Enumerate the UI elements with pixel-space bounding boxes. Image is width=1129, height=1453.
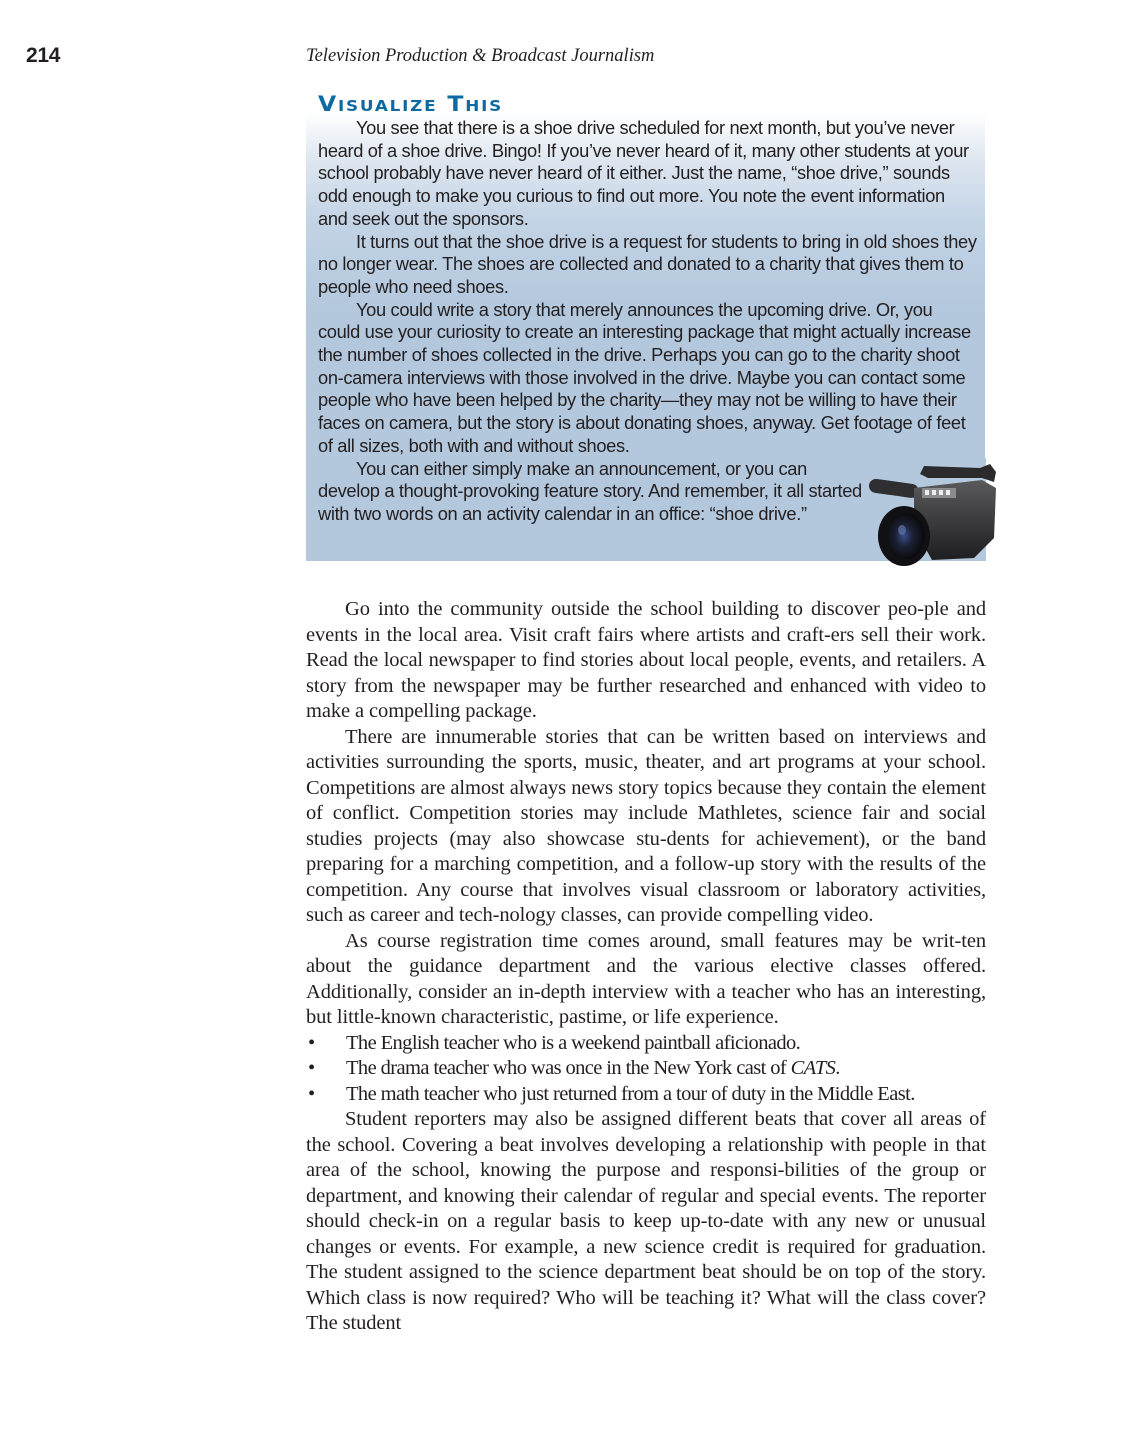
bullet-icon: •	[308, 1082, 315, 1108]
show-title: CATS	[791, 1057, 836, 1079]
list-item: •The math teacher who just returned from…	[306, 1082, 986, 1108]
page-number: 214	[26, 44, 60, 68]
body-paragraph: As course registration time comes around…	[306, 929, 986, 1031]
list-item: •The drama teacher who was once in the N…	[306, 1056, 986, 1082]
feature-paragraph: You see that there is a shoe drive sched…	[318, 117, 978, 231]
body-paragraph: Student reporters may also be assigned d…	[306, 1107, 986, 1337]
bullet-icon: •	[308, 1056, 315, 1082]
list-item: •The English teacher who is a weekend pa…	[306, 1031, 986, 1057]
teacher-examples-list: •The English teacher who is a weekend pa…	[306, 1031, 986, 1108]
running-head: Television Production & Broadcast Journa…	[306, 46, 654, 67]
body-paragraph: Go into the community outside the school…	[306, 597, 986, 725]
body-text: Go into the community outside the school…	[306, 597, 986, 1337]
feature-paragraph: You can either simply make an announceme…	[318, 458, 863, 526]
bullet-icon: •	[308, 1031, 315, 1057]
body-paragraph: There are innumerable stories that can b…	[306, 725, 986, 929]
video-camera-icon	[862, 458, 998, 572]
feature-paragraph: It turns out that the shoe drive is a re…	[318, 231, 978, 299]
feature-title: Visualize This	[318, 93, 503, 115]
feature-paragraph: You could write a story that merely anno…	[318, 299, 978, 458]
